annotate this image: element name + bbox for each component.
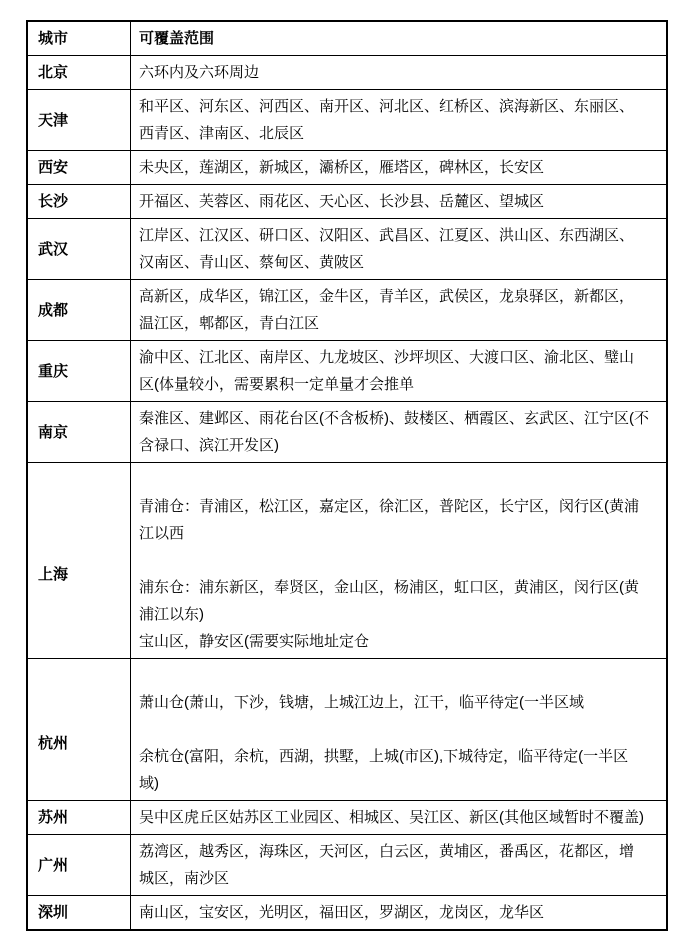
coverage-cell: 萧山仓(萧山，下沙，钱塘，上城江边上，江干，临平待定(一半区域 余杭仓(富阳，余… [131,659,668,801]
coverage-cell: 青浦仓：青浦区，松江区，嘉定区，徐汇区，普陀区，长宁区，闵行区(黄浦 江以西 浦… [131,463,668,659]
table-row: 成都 高新区，成华区，锦江区，金牛区，青羊区，武侯区，龙泉驿区，新都区， 温江区… [27,280,667,341]
coverage-cell: 高新区，成华区，锦江区，金牛区，青羊区，武侯区，龙泉驿区，新都区， 温江区，郫都… [131,280,668,341]
coverage-cell: 秦淮区、建邺区、雨花台区(不含板桥)、鼓楼区、栖霞区、玄武区、江宁区(不 含禄口… [131,402,668,463]
table-row: 北京 六环内及六环周边 [27,56,667,90]
city-cell: 长沙 [27,185,131,219]
table-row: 杭州 萧山仓(萧山，下沙，钱塘，上城江边上，江干，临平待定(一半区域 余杭仓(富… [27,659,667,801]
table-row: 深圳 南山区，宝安区，光明区，福田区，罗湖区，龙岗区，龙华区 [27,896,667,931]
coverage-cell: 吴中区虎丘区姑苏区工业园区、相城区、吴江区、新区(其他区域暂时不覆盖) [131,801,668,835]
table-row: 广州 荔湾区，越秀区，海珠区，天河区，白云区，黄埔区，番禹区，花都区，增 城区，… [27,835,667,896]
coverage-table: 城市 可覆盖范围 北京 六环内及六环周边 天津 和平区、河东区、河西区、南开区、… [26,20,668,931]
city-cell: 苏州 [27,801,131,835]
document-page: 城市 可覆盖范围 北京 六环内及六环周边 天津 和平区、河东区、河西区、南开区、… [0,0,690,939]
table-row: 西安 未央区，莲湖区，新城区，灞桥区，雁塔区，碑林区，长安区 [27,151,667,185]
city-cell: 深圳 [27,896,131,931]
table-row: 南京 秦淮区、建邺区、雨花台区(不含板桥)、鼓楼区、栖霞区、玄武区、江宁区(不 … [27,402,667,463]
city-cell: 天津 [27,90,131,151]
table-row: 苏州 吴中区虎丘区姑苏区工业园区、相城区、吴江区、新区(其他区域暂时不覆盖) [27,801,667,835]
city-cell: 西安 [27,151,131,185]
city-cell: 南京 [27,402,131,463]
coverage-cell: 未央区，莲湖区，新城区，灞桥区，雁塔区，碑林区，长安区 [131,151,668,185]
city-cell: 上海 [27,463,131,659]
city-cell: 广州 [27,835,131,896]
city-cell: 武汉 [27,219,131,280]
table-row: 武汉 江岸区、江汉区、研口区、汉阳区、武昌区、江夏区、洪山区、东西湖区、 汉南区… [27,219,667,280]
coverage-cell: 渝中区、江北区、南岸区、九龙坡区、沙坪坝区、大渡口区、渝北区、璧山 区(体量较小… [131,341,668,402]
coverage-cell: 江岸区、江汉区、研口区、汉阳区、武昌区、江夏区、洪山区、东西湖区、 汉南区、青山… [131,219,668,280]
city-cell: 重庆 [27,341,131,402]
header-row: 城市 可覆盖范围 [27,21,667,56]
coverage-cell: 荔湾区，越秀区，海珠区，天河区，白云区，黄埔区，番禹区，花都区，增 城区，南沙区 [131,835,668,896]
coverage-cell: 和平区、河东区、河西区、南开区、河北区、红桥区、滨海新区、东丽区、 西青区、津南… [131,90,668,151]
table-row: 天津 和平区、河东区、河西区、南开区、河北区、红桥区、滨海新区、东丽区、 西青区… [27,90,667,151]
table-row: 重庆 渝中区、江北区、南岸区、九龙坡区、沙坪坝区、大渡口区、渝北区、璧山 区(体… [27,341,667,402]
city-cell: 杭州 [27,659,131,801]
coverage-cell: 开福区、芙蓉区、雨花区、天心区、长沙县、岳麓区、望城区 [131,185,668,219]
table-row: 上海 青浦仓：青浦区，松江区，嘉定区，徐汇区，普陀区，长宁区，闵行区(黄浦 江以… [27,463,667,659]
coverage-cell: 南山区，宝安区，光明区，福田区，罗湖区，龙岗区，龙华区 [131,896,668,931]
city-cell: 北京 [27,56,131,90]
coverage-cell: 六环内及六环周边 [131,56,668,90]
city-cell: 成都 [27,280,131,341]
table-row: 长沙 开福区、芙蓉区、雨花区、天心区、长沙县、岳麓区、望城区 [27,185,667,219]
header-city-cell: 城市 [27,21,131,56]
header-coverage-cell: 可覆盖范围 [131,21,668,56]
